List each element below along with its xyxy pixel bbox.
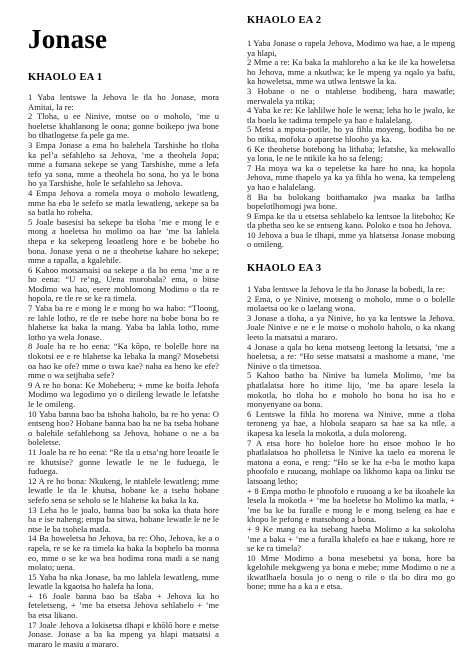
verse: 3 Empa Jonase a ema ho balehela Tarshish… [28,141,219,189]
verse: 7 Yaba ba re e mong le e mong ho wa habo… [28,304,219,342]
verse: 7 Ha moya wa ka o tepeletse ka hare ho n… [247,164,455,193]
verse: 17 Joale Jehova a lokisetsa tlhapi e khō… [28,621,219,650]
right-column: KHAOLO EA 2 1 Yaba Jonase o rapela Jehov… [247,0,455,592]
verse: 4 Yaba ke re: Ke lahlilwe hole le wena; … [247,106,455,125]
verse: 7 A etsa hore ho boleloe hore ho etsoe m… [247,439,455,487]
chapter-1-heading: KHAOLO EA 1 [28,72,219,84]
verse: 1 Yaba lentswe la Jehova le tla ho Jonas… [28,93,219,112]
verse: + 8 Empa motho le phoofolo e ruuoang a k… [247,487,455,525]
verse: 6 Ke theohetse botebong ba lithaba; lefa… [247,145,455,164]
verse: 10 Mme Modimo a bona mesebetsi ya bona, … [247,554,455,592]
verse: 10 Jehova a bua le tlhapi, mme ya hlatse… [247,231,455,250]
verse: 5 Metsi a mpota-potile, ho ya fihla moye… [247,125,455,144]
verse: 2 Ema, o ye Ninive, motseng o moholo, mm… [247,295,455,314]
verse: 8 Joale ba re ho eena: “Ka kōpo, re bole… [28,342,219,380]
verse: 3 Hobane o ne o ntahletse bodibeng, hara… [247,87,455,106]
chapter-3-verses: 1 Yaba lentswe la Jehova le tla ho Jonas… [247,285,455,592]
verse: 6 Kahoo motsamaisi oa sekepe a tla ho ee… [28,266,219,304]
bible-page: Jonase KHAOLO EA 1 1 Yaba lentswe la Jeh… [0,0,474,670]
chapter-2-verses: 1 Yaba Jonase o rapela Jehova, Modimo wa… [247,39,455,250]
verse: 1 Yaba Jonase o rapela Jehova, Modimo wa… [247,39,455,58]
left-column: Jonase KHAOLO EA 1 1 Yaba lentswe la Jeh… [28,0,219,649]
verse: + 16 Joale banna bao ba tšaba + Jehova k… [28,592,219,621]
verse: 10 Yaba banna bao ba tshoha haholo, ba r… [28,410,219,448]
chapter-1-verses: 1 Yaba lentswe la Jehova le tla ho Jonas… [28,93,219,649]
verse: 2 Mme a re: Ka baka la mahloreho a ka ke… [247,58,455,87]
verse: 4 Jonase a qala ho kena motseng leetong … [247,343,455,372]
verse: 6 Lentswe la fihla ho morena wa Ninive, … [247,410,455,439]
verse: 4 Empa Jehova a romela moya o moholo lew… [28,189,219,218]
verse: 8 Ba ba bolokang boithamako jwa maaka ba… [247,193,455,212]
verse: 3 Jonase a tloha, a ya Ninive, ho ya ka … [247,314,455,343]
verse: + 9 Ke mang ea ka tsebang haeba Molimo a… [247,525,455,554]
chapter-3-heading: KHAOLO EA 3 [247,263,455,275]
verse: 9 A re ho bona: Ke Moheberu; + mme ke bo… [28,381,219,410]
chapter-2-heading: KHAOLO EA 2 [247,15,455,27]
verse: 5 Joale basesisi ba sekepe ba tšoha ’me … [28,218,219,266]
verse: 12 A re ho bona: Nkukeng, le ntahlele le… [28,477,219,506]
verse: 5 Kahoo batho ba Ninive ba lumela Molimo… [247,371,455,409]
book-title: Jonase [28,23,219,55]
verse: 2 Tloha, u ee Ninive, motse oo o moholo,… [28,112,219,141]
verse: 11 Joale ba re ho eena: “Re tla u etsa’n… [28,448,219,477]
verse: 15 Yaba ba nka Jonase, ba mo lahlela lew… [28,573,219,592]
verse: 9 Empa ke tla u etsetsa sehlabelo ka len… [247,212,455,231]
verse: 13 Leha ho le joalo, banna bao ba soka k… [28,506,219,535]
verse: 14 Ba howeletsa ho Jehova, ba re: Oho, J… [28,534,219,572]
